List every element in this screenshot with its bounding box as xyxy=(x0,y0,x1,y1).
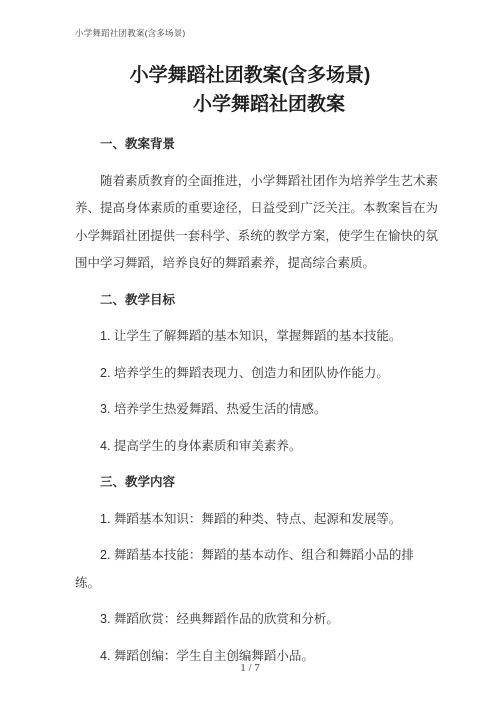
list-item: 4. 提高学生的身体素质和审美素养。 xyxy=(75,433,438,461)
list-item: 2. 舞蹈基本技能：舞蹈的基本动作、组合和舞蹈小品的排练。 xyxy=(75,542,438,597)
running-header: 小学舞蹈社团教案(含多场景) xyxy=(75,27,185,39)
list-item: 1. 舞蹈基本知识：舞蹈的种类、特点、起源和发展等。 xyxy=(75,506,438,534)
section-heading: 一、教案背景 xyxy=(75,131,438,159)
list-item: 3. 舞蹈欣赏：经典舞蹈作品的欣赏和分析。 xyxy=(75,606,438,634)
section-heading: 二、教学目标 xyxy=(75,287,438,315)
document-body: 一、教案背景随着素质教育的全面推进，小学舞蹈社团作为培养学生艺术素养、提高身体素… xyxy=(75,131,438,670)
paragraph: 随着素质教育的全面推进，小学舞蹈社团作为培养学生艺术素养、提高身体素质的重要途径… xyxy=(75,168,438,278)
section-heading: 三、教学内容 xyxy=(75,469,438,497)
list-item: 2. 培养学生的舞蹈表现力、创造力和团队协作能力。 xyxy=(75,360,438,388)
document-title: 小学舞蹈社团教案(含多场景) 小学舞蹈社团教案 xyxy=(0,0,500,119)
document-page: 小学舞蹈社团教案(含多场景) 小学舞蹈社团教案(含多场景) 小学舞蹈社团教案 一… xyxy=(0,0,500,707)
title-line-1: 小学舞蹈社团教案(含多场景) xyxy=(0,61,500,90)
title-line-2: 小学舞蹈社团教案 xyxy=(0,90,500,119)
list-item: 1. 让学生了解舞蹈的基本知识，掌握舞蹈的基本技能。 xyxy=(75,323,438,351)
page-number: 1 / 7 xyxy=(0,662,500,674)
list-item: 3. 培养学生热爱舞蹈、热爱生活的情感。 xyxy=(75,396,438,424)
